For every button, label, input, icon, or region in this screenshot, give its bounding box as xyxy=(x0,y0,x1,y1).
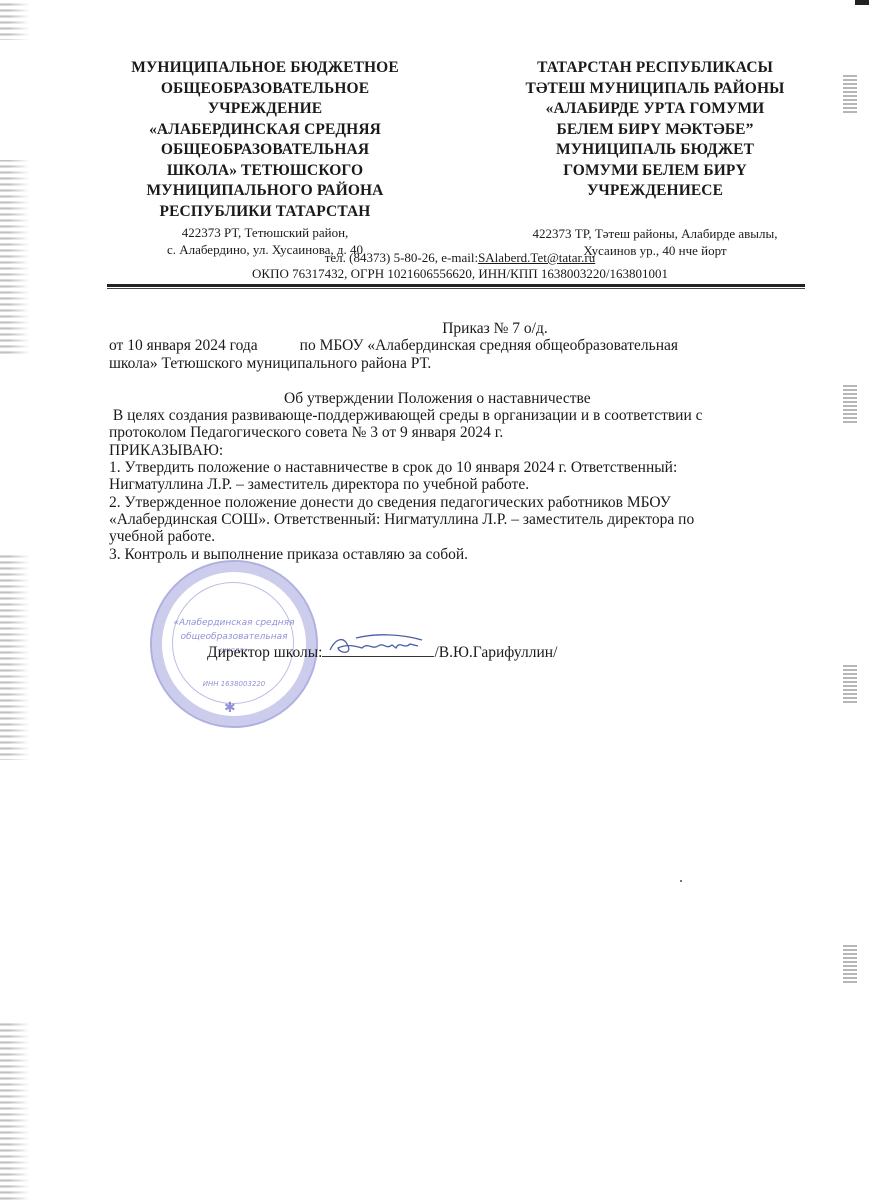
org-name-line: ОБЩЕОБРАЗОВАТЕЛЬНАЯ xyxy=(100,140,430,161)
org-name-line: УЧРЕЖДЕНИЕСЕ xyxy=(490,181,820,202)
preamble: В целях создания развивающе-поддерживающ… xyxy=(109,407,809,424)
phone-text: тел. (84373) 5-80-26, e-mail: xyxy=(325,250,478,265)
order-item: 3. Контроль и выполнение приказа оставля… xyxy=(109,546,809,563)
preamble-cont: протоколом Педагогического совета № 3 от… xyxy=(109,424,809,441)
signer-name: /В.Ю.Гарифуллин/ xyxy=(434,644,557,661)
org-name-line: РЕСПУБЛИКИ ТАТАРСТАН xyxy=(100,202,430,223)
order-item-cont: учебной работе. xyxy=(109,528,809,545)
order-body: Приказ № 7 о/д. от 10 января 2024 годапо… xyxy=(109,320,809,563)
org-name-line: ТАТАРСТАН РЕСПУБЛИКАСЫ xyxy=(490,58,820,79)
order-item-cont: Нигматуллина Л.Р. – заместитель директор… xyxy=(109,476,809,493)
registry-numbers: ОКПО 76317432, ОГРН 1021606556620, ИНН/К… xyxy=(100,266,820,282)
scan-artifact-corner xyxy=(855,0,869,5)
order-org: по МБОУ «Алабердинская средняя общеобраз… xyxy=(300,337,678,354)
stamp-text: общеобразовательная xyxy=(152,632,316,642)
order-subject: Об утверждении Положения о наставничеств… xyxy=(109,390,809,407)
org-name-line: ОБЩЕОБРАЗОВАТЕЛЬНОЕ xyxy=(100,79,430,100)
order-org-cont: школа» Тетюшского муниципального района … xyxy=(109,355,809,372)
scan-artifact-right-mark xyxy=(843,665,857,705)
org-name-line: ТӘТЕШ МУНИЦИПАЛЬ РАЙОНЫ xyxy=(490,79,820,100)
org-name-line: ГОМУМИ БЕЛЕМ БИРҮ xyxy=(490,161,820,182)
org-name-line: «АЛАБИРДЕ УРТА ГОМУМИ xyxy=(490,99,820,120)
address-line: 422373 ТР, Тәтеш районы, Алабирде авылы, xyxy=(490,225,820,242)
order-title: Приказ № 7 о/д. xyxy=(109,320,809,337)
order-date-line: от 10 января 2024 годапо МБОУ «Алабердин… xyxy=(109,337,809,354)
handwritten-signature-icon xyxy=(326,634,426,656)
contact-line: тел. (84373) 5-80-26, e-mail:SAlaberd.Te… xyxy=(100,250,820,266)
order-date: от 10 января 2024 года xyxy=(109,337,258,354)
scan-artifact-right-mark xyxy=(843,385,857,425)
letterhead-russian: МУНИЦИПАЛЬНОЕ БЮДЖЕТНОЕ ОБЩЕОБРАЗОВАТЕЛЬ… xyxy=(100,58,430,258)
org-name-line: «АЛАБЕРДИНСКАЯ СРЕДНЯЯ xyxy=(100,120,430,141)
org-name-russian: МУНИЦИПАЛЬНОЕ БЮДЖЕТНОЕ ОБЩЕОБРАЗОВАТЕЛЬ… xyxy=(100,58,430,222)
org-name-line: МУНИЦИПАЛЬНОГО РАЙОНА xyxy=(100,181,430,202)
stamp-text: «Алабердинская средняя xyxy=(152,618,316,628)
order-item: 2. Утвержденное положение донести до све… xyxy=(109,494,809,511)
address-line: 422373 РТ, Тетюшский район, xyxy=(100,224,430,241)
letterhead-tatar: ТАТАРСТАН РЕСПУБЛИКАСЫ ТӘТЕШ МУНИЦИПАЛЬ … xyxy=(490,58,820,259)
scan-artifact-right-mark xyxy=(843,75,857,115)
org-name-line: МУНИЦИПАЛЬ БЮДЖЕТ xyxy=(490,140,820,161)
org-name-line: УЧРЕЖДЕНИЕ xyxy=(100,99,430,120)
signer-position: Директор школы: xyxy=(207,644,322,661)
order-item: 1. Утвердить положение о наставничестве … xyxy=(109,459,809,476)
org-name-line: ШКОЛА» ТЕТЮШСКОГО xyxy=(100,161,430,182)
scan-artifact-right-mark xyxy=(843,945,857,985)
order-command: ПРИКАЗЫВАЮ: xyxy=(109,442,809,459)
order-item-cont: «Алабердинская СОШ». Ответственный: Нигм… xyxy=(109,511,809,528)
signature-field xyxy=(322,642,434,657)
org-name-line: БЕЛЕМ БИРҮ МӘКТӘБЕ” xyxy=(490,120,820,141)
scan-speck xyxy=(680,880,682,882)
signature-block: Директор школы: /В.Ю.Гарифуллин/ xyxy=(207,642,557,662)
org-name-line: МУНИЦИПАЛЬНОЕ БЮДЖЕТНОЕ xyxy=(100,58,430,79)
email-link[interactable]: SAlaberd.Tet@tatar.ru xyxy=(478,250,595,265)
contacts-block: тел. (84373) 5-80-26, e-mail:SAlaberd.Te… xyxy=(100,250,820,282)
header-divider xyxy=(107,284,805,289)
stamp-star-icon: ✱ xyxy=(224,700,236,717)
scan-artifact-left-edge xyxy=(0,0,30,1200)
stamp-inn: ИНН 1638003220 xyxy=(152,680,316,688)
org-name-tatar: ТАТАРСТАН РЕСПУБЛИКАСЫ ТӘТЕШ МУНИЦИПАЛЬ … xyxy=(490,58,820,202)
